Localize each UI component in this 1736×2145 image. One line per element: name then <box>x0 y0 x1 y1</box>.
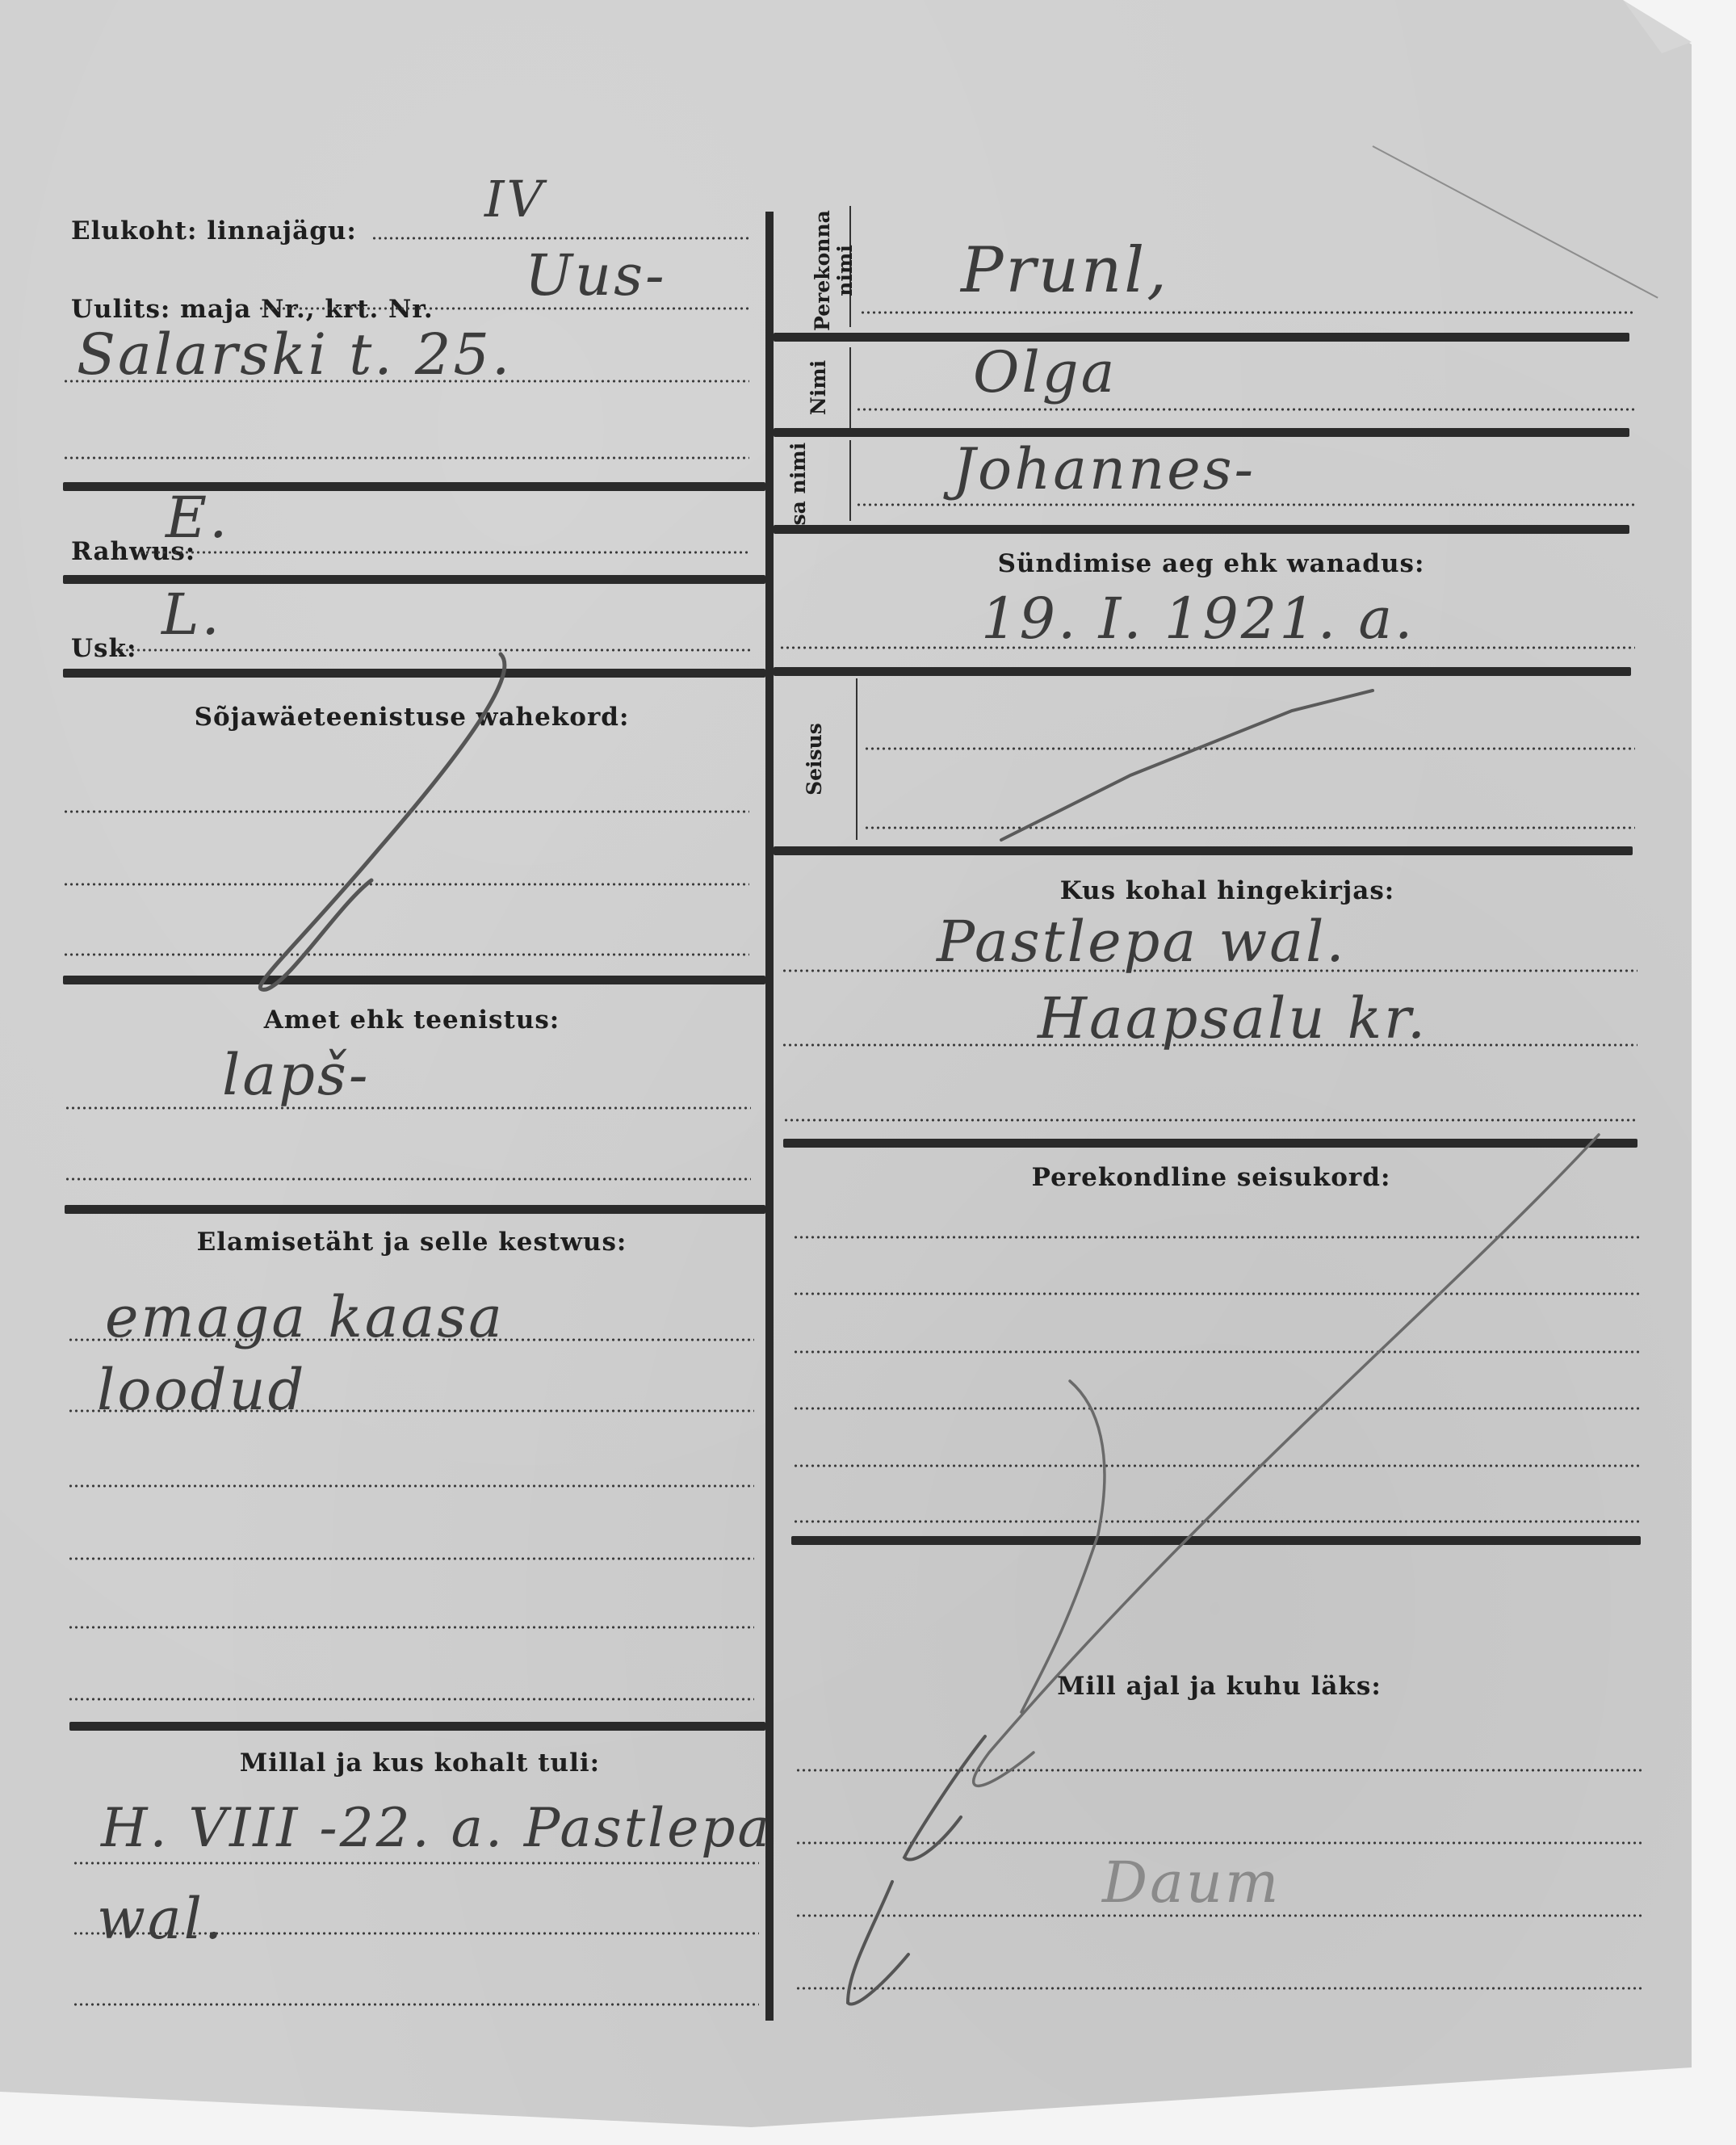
permit-line-2 <box>68 1409 754 1413</box>
parish-line-3 <box>783 1119 1637 1122</box>
birth-label: Sündimise aeg ehk wanadus: <box>998 549 1425 578</box>
parish-label: Kus kohal hingekirjas: <box>1060 876 1394 905</box>
rule <box>774 667 1631 676</box>
departure-label: Mill ajal ja kuhu läks: <box>1057 1672 1382 1701</box>
first-name-label: Nimi <box>807 339 840 436</box>
departure-line-2 <box>795 1841 1643 1845</box>
surname-value[interactable]: Prunl, <box>961 234 1169 307</box>
rule <box>774 333 1629 342</box>
district-label: Elukoht: linnajägu: <box>71 216 357 246</box>
military-field[interactable] <box>63 743 757 969</box>
column-divider <box>765 212 774 2021</box>
rule <box>65 1205 765 1214</box>
arrival-label: Millal ja kus kohalt tuli: <box>240 1748 600 1778</box>
street-value-1[interactable]: Uus- <box>525 242 667 309</box>
departure-line-4 <box>795 1987 1643 1990</box>
rule <box>783 1139 1637 1148</box>
permit-value-2[interactable]: loodud <box>97 1357 306 1423</box>
district-line <box>371 237 751 240</box>
rule <box>63 976 765 984</box>
permit-line-6 <box>68 1698 754 1701</box>
nationality-line <box>139 551 748 554</box>
street-value-2[interactable]: Salarski t. 25. <box>77 321 512 388</box>
nationality-value[interactable]: E. <box>166 485 229 551</box>
first-name-value[interactable]: Olga <box>973 339 1117 405</box>
arrival-value-2[interactable]: wal. <box>97 1886 224 1952</box>
departure-line-1 <box>795 1769 1643 1772</box>
permit-line-4 <box>68 1557 754 1560</box>
father-name-value[interactable]: Johannes- <box>953 436 1256 502</box>
departure-value[interactable]: Daum <box>1102 1849 1281 1916</box>
departure-line-3 <box>795 1914 1643 1917</box>
arrival-line-2 <box>73 1932 759 1935</box>
address-line-4 <box>63 456 749 460</box>
parish-line-2 <box>782 1043 1637 1047</box>
marital-label: Perekondline seisukord: <box>1032 1163 1391 1192</box>
permit-line-1 <box>68 1338 754 1341</box>
father-name-label: Isa nimi <box>787 440 836 537</box>
surname-label: Perekonna nimi <box>811 190 868 351</box>
arrival-line-1 <box>73 1862 759 1865</box>
occupation-line-1 <box>65 1106 751 1110</box>
rule <box>774 846 1633 855</box>
permit-line-3 <box>68 1484 754 1488</box>
permit-label: Elamisetäht ja selle kestwus: <box>197 1228 627 1257</box>
status-field[interactable] <box>864 682 1635 836</box>
label-separator <box>849 440 851 521</box>
rule <box>63 669 765 678</box>
occupation-line-2 <box>65 1177 751 1181</box>
permit-line-5 <box>68 1626 754 1629</box>
religion-value[interactable]: L. <box>161 581 222 648</box>
arrival-value-1[interactable]: H. VIII -22. a. Pastlepa <box>101 1797 772 1859</box>
address-line-3 <box>63 380 749 383</box>
occupation-label: Amet ehk teenistus: <box>264 1005 560 1035</box>
arrival-line-3 <box>73 2003 759 2006</box>
rule <box>791 1536 1641 1545</box>
father-name-line <box>856 503 1635 506</box>
rule <box>774 525 1629 534</box>
label-separator <box>856 678 858 840</box>
label-separator <box>849 347 851 428</box>
military-label: Sõjawäeteenistuse wahekord: <box>195 703 630 732</box>
occupation-value[interactable]: lapš- <box>222 1042 371 1108</box>
marital-field[interactable] <box>793 1195 1641 1534</box>
birth-line <box>779 646 1635 649</box>
birth-value[interactable]: 19. I. 1921. a. <box>981 586 1415 652</box>
religion-line <box>113 649 751 652</box>
status-label: Seisus <box>803 715 828 804</box>
first-name-line <box>856 408 1635 411</box>
parish-line-1 <box>782 969 1637 972</box>
district-value[interactable]: IV <box>484 170 545 229</box>
street-line <box>258 307 751 310</box>
parish-value-2[interactable]: Haapsalu kr. <box>1038 985 1428 1052</box>
surname-line <box>860 311 1635 314</box>
parish-value-1[interactable]: Pastlepa wal. <box>937 909 1347 975</box>
rule <box>69 1722 765 1731</box>
